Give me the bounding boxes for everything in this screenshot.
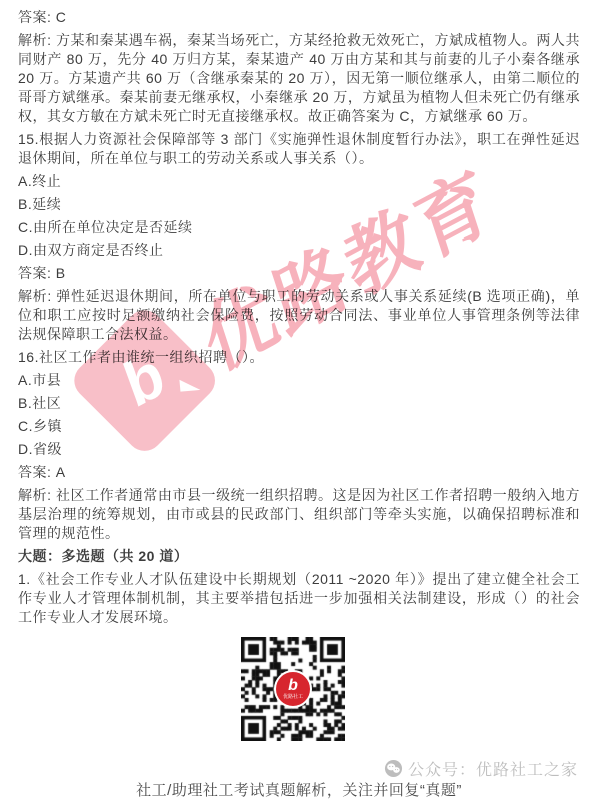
wechat-account: 公众号：优路社工之家: [384, 757, 578, 780]
qr-code: b 优路社工: [241, 637, 345, 741]
question-15-option-d: D.由双方商定是否终止: [18, 241, 580, 260]
answer-line-q15: 答案: B: [18, 264, 580, 283]
question-16-option-d: D.省级: [18, 440, 580, 459]
question-16-option-b: B.社区: [18, 394, 580, 413]
question-15-option-a: A.终止: [18, 172, 580, 191]
qr-logo-glyph: b: [288, 678, 298, 694]
answer-line-q16: 答案: A: [18, 463, 580, 482]
document-body: 答案: C解析: 方某和秦某遇车祸，秦某当场死亡，方某经抢救无效死亡，方斌成植物…: [0, 0, 598, 627]
footer: 公众号：优路社工之家 社工/助理社工考试真题解析，关注并回复“真题”: [0, 757, 598, 805]
question-16: 16.社区工作者由谁统一组织招聘（）。: [18, 348, 580, 367]
footer-promo: 社工/助理社工考试真题解析，关注并回复“真题”: [0, 779, 598, 800]
explanation-q14: 解析: 方某和秦某遇车祸，秦某当场死亡，方某经抢救无效死亡，方斌成植物人。两人共…: [18, 31, 580, 126]
section-heading-multichoice: 大题：多选题（共 20 道）: [18, 547, 580, 566]
question-16-option-a: A.市县: [18, 371, 580, 390]
explanation-q15: 解析: 弹性延迟退休期间，所在单位与职工的劳动关系或人事关系延续(B 选项正确)…: [18, 287, 580, 344]
qr-center-logo: b 优路社工: [274, 670, 312, 708]
question-15: 15.根据人力资源社会保障部等 3 部门《实施弹性退休制度暂行办法》，职工在弹性…: [18, 130, 580, 168]
question-15-option-b: B.延续: [18, 195, 580, 214]
wechat-account-label: 公众号：优路社工之家: [408, 757, 578, 780]
question-15-option-c: C.由所在单位决定是否延续: [18, 218, 580, 237]
explanation-q16: 解析: 社区工作者通常由市县一级统一组织招聘。这是因为社区工作者招聘一般纳入地方…: [18, 486, 580, 543]
answer-line-q14: 答案: C: [18, 8, 580, 27]
qr-logo-caption: 优路社工: [283, 695, 303, 700]
wechat-icon: [384, 759, 403, 778]
question-multi-1: 1.《社会工作专业人才队伍建设中长期规划（2011 ~2020 年）》提出了建立…: [18, 570, 580, 627]
question-16-option-c: C.乡镇: [18, 417, 580, 436]
